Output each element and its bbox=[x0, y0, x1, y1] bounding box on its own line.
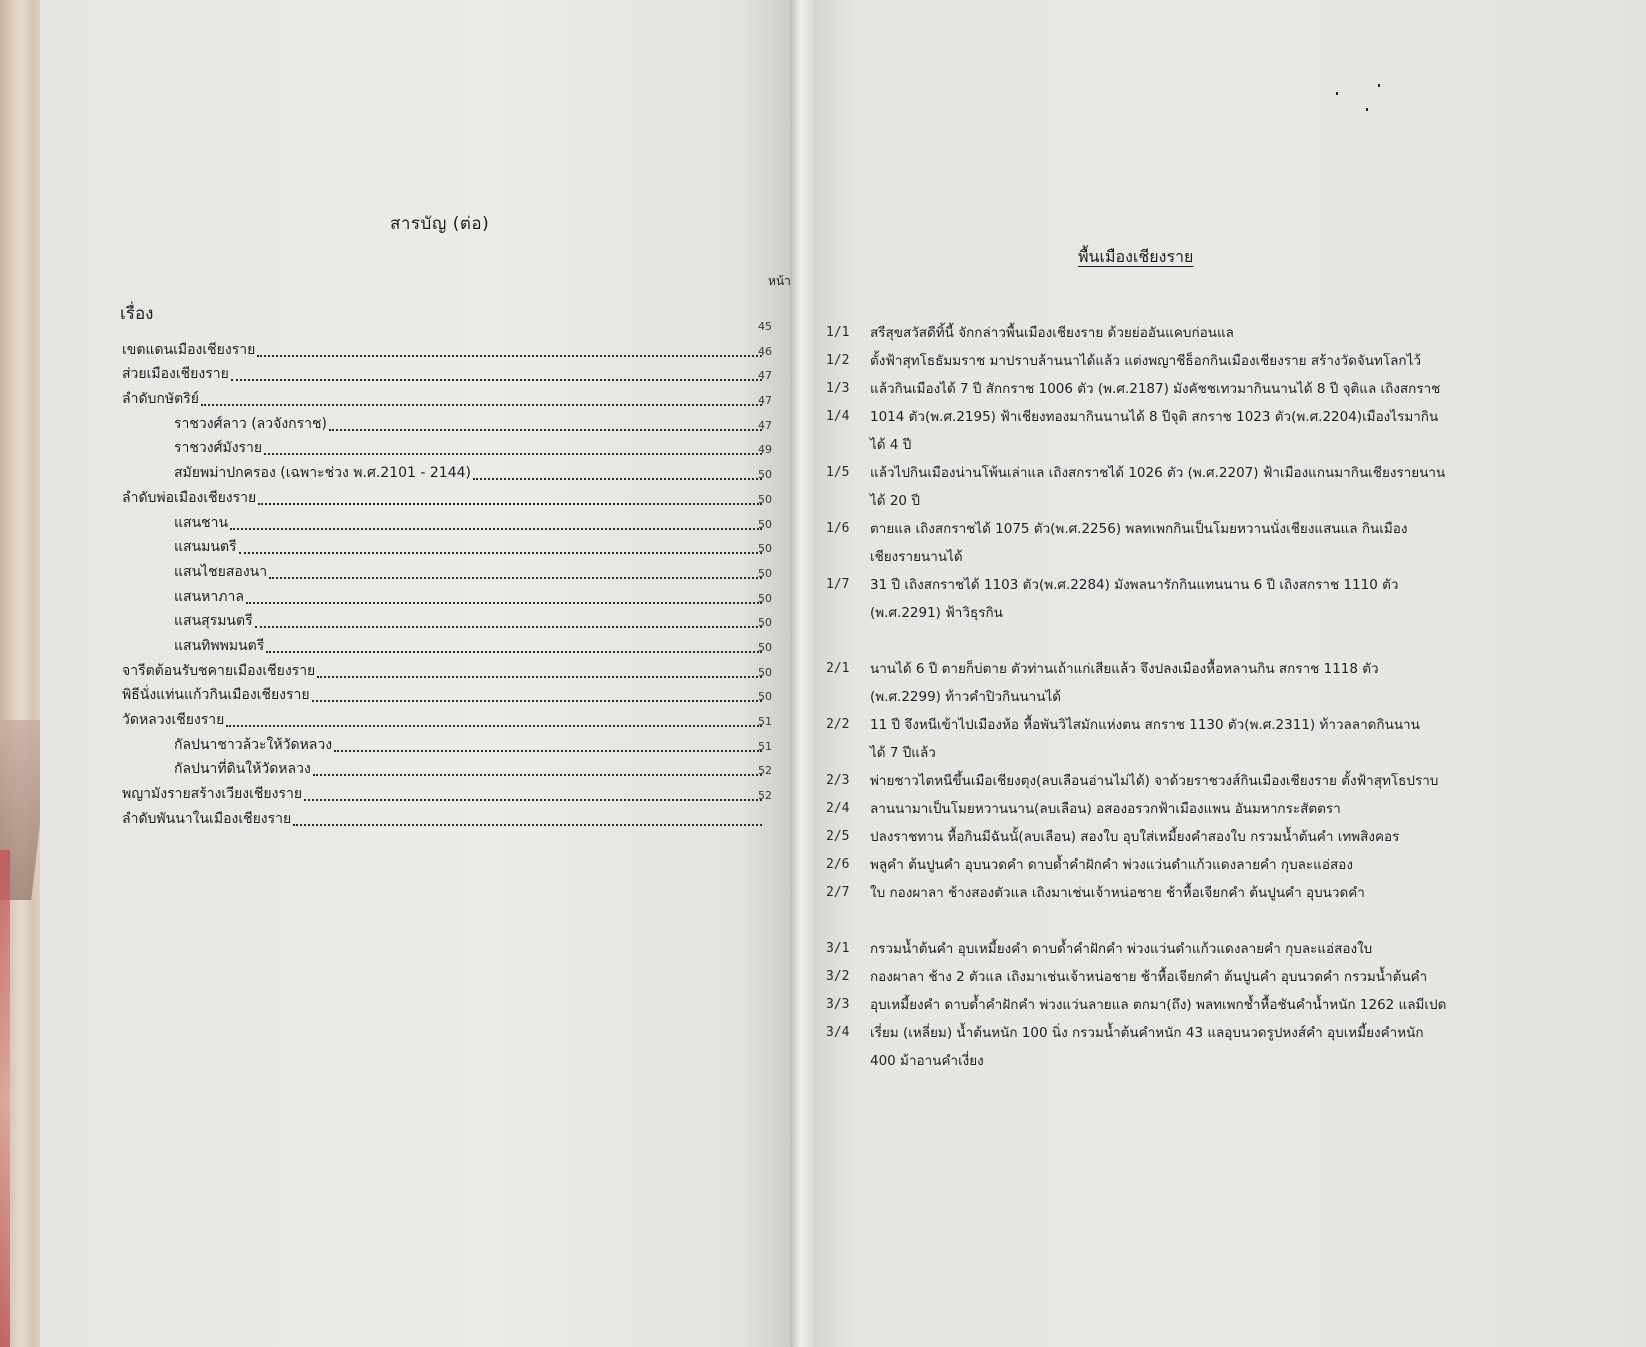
line-text: ใบ กองผาลา ช้างสองตัวแล เถิงมาเช่นเจ้าหน… bbox=[870, 881, 1365, 903]
dot-leader bbox=[201, 404, 762, 406]
line-text: 11 ปี จึงหนีเข้าไปเมืองห้อ หื้อพันวิไสมั… bbox=[870, 713, 1420, 735]
text-line: 1/3แล้วกินเมืองได้ 7 ปี สักกราช 1006 ตัว… bbox=[826, 374, 1536, 402]
text-line-continuation: เชียงรายนานได้ bbox=[826, 542, 1536, 570]
dot-leader bbox=[334, 750, 762, 752]
line-text: ได้ 7 ปีแล้ว bbox=[870, 741, 936, 763]
toc-entry: แสนสุรมนตรี50 bbox=[122, 610, 802, 635]
line-text: ได้ 20 ปี bbox=[870, 489, 920, 511]
text-line-continuation: ได้ 4 ปี bbox=[826, 430, 1536, 458]
toc-title: สารบัญ (ต่อ) bbox=[390, 210, 489, 237]
toc-page-number: 50 bbox=[758, 493, 772, 506]
line-number: 2/7 bbox=[826, 885, 870, 900]
toc-entry: แสนชาน50 bbox=[122, 511, 802, 536]
toc-page-number: 50 bbox=[758, 666, 772, 679]
text-line-continuation: ได้ 20 ปี bbox=[826, 486, 1536, 514]
toc-entry-label: ราชวงศ์ลาว (ลวจังกราช) bbox=[122, 413, 327, 437]
toc-entry-label: สมัยพม่าปกครอง (เฉพาะช่วง พ.ศ.2101 - 214… bbox=[122, 462, 471, 486]
text-line: 1/6ตายแล เถิงสกราชได้ 1075 ตัว(พ.ศ.2256)… bbox=[826, 514, 1536, 542]
section-gap bbox=[826, 906, 1536, 934]
toc-page-number: 50 bbox=[758, 468, 772, 481]
line-number: 2/6 bbox=[826, 857, 870, 872]
text-line: 3/3อุบเหมี้ยงคำ ดาบด้ำคำฝักคำ พ่วงแว่นลา… bbox=[826, 990, 1536, 1018]
toc-page-number: 50 bbox=[758, 518, 772, 531]
dot-leader bbox=[312, 700, 762, 702]
toc-entry-label: พญามังรายสร้างเวียงเชียงราย bbox=[122, 783, 302, 807]
toc-entry-label: แสนสุรมนตรี bbox=[122, 610, 253, 634]
toc-entry: ลำดับพันนาในเมืองเชียงราย52 bbox=[122, 807, 802, 832]
toc-page-number: 50 bbox=[758, 567, 772, 580]
toc-entry-label: ราชวงศ์มังราย bbox=[122, 437, 262, 461]
line-text: (พ.ศ.2291) ฟ้าวิธุรกิน bbox=[870, 601, 1003, 623]
line-number: 1/4 bbox=[826, 409, 870, 424]
dot-leader bbox=[231, 379, 762, 381]
toc-page-number: 50 bbox=[758, 690, 772, 703]
line-number: 1/3 bbox=[826, 381, 870, 396]
toc-entry: กัลปนาชาวล้วะให้วัดหลวง51 bbox=[122, 733, 802, 758]
line-text: นานได้ 6 ปี ตายก็บ่ตาย ตัวท่านเถ้าแก่เสี… bbox=[870, 657, 1379, 679]
toc-entry: แสนไชยสองนา50 bbox=[122, 560, 802, 585]
dot-leader bbox=[473, 478, 762, 480]
toc-entry-label: จารีตต้อนรับชคายเมืองเชียงราย bbox=[122, 660, 315, 684]
toc-page-number: 51 bbox=[758, 740, 772, 753]
toc-page-number: 52 bbox=[758, 789, 772, 802]
toc-entry: วัดหลวงเชียงราย50 bbox=[122, 708, 802, 733]
text-line: 3/1กรวมน้ำต้นคำ อุบเหมี้ยงคำ ดาบด้ำคำฝัก… bbox=[826, 934, 1536, 962]
text-line: 2/3พ่ายชาวไตหนีขึ้นเมือเชียงตุง(ลบเลือนอ… bbox=[826, 766, 1536, 794]
line-text: (พ.ศ.2299) ท้าวคำปิวกินนานได้ bbox=[870, 685, 1061, 707]
text-line: 3/4เรี่ยม (เหลี่ยม) น้ำต้นหนัก 100 นิ่ง … bbox=[826, 1018, 1536, 1046]
text-section: 1/1สรีสุขสวัสดีทิ้นี้ จักกล่าวพื้นเมืองเ… bbox=[826, 318, 1536, 626]
toc-entry-label: เขตแดนเมืองเชียงราย bbox=[122, 339, 255, 363]
toc-entry-label: ลำดับพ่อเมืองเชียงราย bbox=[122, 487, 256, 511]
text-line: 2/6พลูคำ ต้นปูนคำ อุบนวดคำ ดาบด้ำคำฝักคำ… bbox=[826, 850, 1536, 878]
line-text: เชียงรายนานได้ bbox=[870, 545, 963, 567]
toc-page-number: 47 bbox=[758, 394, 772, 407]
toc-entry-label: วัดหลวงเชียงราย bbox=[122, 709, 224, 733]
toc-page-number: 50 bbox=[758, 542, 772, 555]
line-number: 1/2 bbox=[826, 353, 870, 368]
text-line: 2/7ใบ กองผาลา ช้างสองตัวแล เถิงมาเช่นเจ้… bbox=[826, 878, 1536, 906]
line-text: สรีสุขสวัสดีทิ้นี้ จักกล่าวพื้นเมืองเชีย… bbox=[870, 321, 1234, 343]
line-number: 1/5 bbox=[826, 465, 870, 480]
toc-entry: พญามังรายสร้างเวียงเชียงราย52 bbox=[122, 782, 802, 807]
line-text: แล้วกินเมืองได้ 7 ปี สักกราช 1006 ตัว (พ… bbox=[870, 377, 1440, 399]
line-text: 1014 ตัว(พ.ศ.2195) ฟ้าเชียงทองมากินนานได… bbox=[870, 405, 1438, 427]
line-text: กองผาลา ช้าง 2 ตัวแล เถิงมาเช่นเจ้าหน่อช… bbox=[870, 965, 1427, 987]
dot-leader bbox=[266, 651, 762, 653]
line-text: ตั้งฟ้าสุทโธธัมมราช มาปราบล้านนาได้แล้ว … bbox=[870, 349, 1421, 371]
line-text: พลูคำ ต้นปูนคำ อุบนวดคำ ดาบด้ำคำฝักคำ พ่… bbox=[870, 853, 1353, 875]
toc-page-number: 50 bbox=[758, 641, 772, 654]
dot-leader bbox=[226, 725, 762, 727]
text-line-continuation: (พ.ศ.2291) ฟ้าวิธุรกิน bbox=[826, 598, 1536, 626]
toc-page-number: 52 bbox=[758, 764, 772, 777]
speck bbox=[1366, 108, 1368, 111]
line-text: พ่ายชาวไตหนีขึ้นเมือเชียงตุง(ลบเลือนอ่าน… bbox=[870, 769, 1438, 791]
speck bbox=[1378, 84, 1380, 87]
toc-entry-label: พิธีนั่งแท่นแก้วกินเมืองเชียงราย bbox=[122, 684, 310, 708]
line-text: ลานนามาเป็นโมยหวานนาน(ลบเลือน) อสองอรวกฟ… bbox=[870, 797, 1341, 819]
toc-entry-label: แสนชาน bbox=[122, 512, 228, 536]
toc-entry: จารีตต้อนรับชคายเมืองเชียงราย50 bbox=[122, 659, 802, 684]
toc-entry: กัลปนาที่ดินให้วัดหลวง51 bbox=[122, 758, 802, 783]
text-line: 1/5แล้วไปกินเมืองน่านโพ้นเล่าแล เถิงสกรา… bbox=[826, 458, 1536, 486]
toc-entry-label: แสนทิพพมนตรี bbox=[122, 635, 264, 659]
toc-entry: ลำดับกษัตริย์47 bbox=[122, 387, 802, 412]
dot-leader bbox=[246, 602, 762, 604]
line-number: 3/2 bbox=[826, 969, 870, 984]
dot-leader bbox=[313, 774, 762, 776]
line-number: 2/1 bbox=[826, 661, 870, 676]
line-number: 2/4 bbox=[826, 801, 870, 816]
toc-list: เขตแดนเมืองเชียงราย45ส่วยเมืองเชียงราย46… bbox=[122, 338, 802, 832]
text-line: 2/5ปลงราชทาน หื้อกินมีฉันนั้(ลบเลือน) สอ… bbox=[826, 822, 1536, 850]
toc-page-number: 47 bbox=[758, 369, 772, 382]
text-line: 2/1นานได้ 6 ปี ตายก็บ่ตาย ตัวท่านเถ้าแก่… bbox=[826, 654, 1536, 682]
text-line-continuation: (พ.ศ.2299) ท้าวคำปิวกินนานได้ bbox=[826, 682, 1536, 710]
line-text: ตายแล เถิงสกราชได้ 1075 ตัว(พ.ศ.2256) พล… bbox=[870, 517, 1407, 539]
toc-entry: แสนทิพพมนตรี50 bbox=[122, 634, 802, 659]
toc-page-number: 45 bbox=[758, 320, 772, 333]
dot-leader bbox=[264, 453, 762, 455]
toc-entry: แสนมนตรี50 bbox=[122, 536, 802, 561]
line-text: กรวมน้ำต้นคำ อุบเหมี้ยงคำ ดาบด้ำคำฝักคำ … bbox=[870, 937, 1372, 959]
dot-leader bbox=[258, 503, 762, 505]
text-line: 1/731 ปี เถิงสกราชได้ 1103 ตัว(พ.ศ.2284)… bbox=[826, 570, 1536, 598]
dot-leader bbox=[317, 676, 762, 678]
text-line: 3/2กองผาลา ช้าง 2 ตัวแล เถิงมาเช่นเจ้าหน… bbox=[826, 962, 1536, 990]
toc-entry: เขตแดนเมืองเชียงราย45 bbox=[122, 338, 802, 363]
document-title: พื้นเมืองเชียงราย bbox=[1078, 245, 1193, 270]
toc-entry-label: ลำดับพันนาในเมืองเชียงราย bbox=[122, 808, 291, 832]
line-number: 3/4 bbox=[826, 1025, 870, 1040]
line-text: แล้วไปกินเมืองน่านโพ้นเล่าแล เถิงสกราชได… bbox=[870, 461, 1445, 483]
line-number: 2/5 bbox=[826, 829, 870, 844]
toc-page-number: 46 bbox=[758, 345, 772, 358]
toc-topic-heading: เรื่อง bbox=[120, 300, 153, 327]
text-line-continuation: ได้ 7 ปีแล้ว bbox=[826, 738, 1536, 766]
dot-leader bbox=[257, 355, 762, 357]
toc-entry: แสนหาภาล50 bbox=[122, 585, 802, 610]
text-line: 1/41014 ตัว(พ.ศ.2195) ฟ้าเชียงทองมากินนา… bbox=[826, 402, 1536, 430]
text-line: 2/4ลานนามาเป็นโมยหวานนาน(ลบเลือน) อสองอร… bbox=[826, 794, 1536, 822]
toc-page-number: 50 bbox=[758, 616, 772, 629]
text-section: 3/1กรวมน้ำต้นคำ อุบเหมี้ยงคำ ดาบด้ำคำฝัก… bbox=[826, 934, 1536, 1074]
toc-entry-label: กัลปนาชาวล้วะให้วัดหลวง bbox=[122, 734, 332, 758]
line-number: 2/2 bbox=[826, 717, 870, 732]
toc-entry: พิธีนั่งแท่นแก้วกินเมืองเชียงราย50 bbox=[122, 684, 802, 709]
text-line: 1/2ตั้งฟ้าสุทโธธัมมราช มาปราบล้านนาได้แล… bbox=[826, 346, 1536, 374]
toc-entry: ราชวงศ์มังราย47 bbox=[122, 437, 802, 462]
toc-page-number: 47 bbox=[758, 419, 772, 432]
speck bbox=[1336, 92, 1338, 95]
text-section: 2/1นานได้ 6 ปี ตายก็บ่ตาย ตัวท่านเถ้าแก่… bbox=[826, 654, 1536, 906]
dot-leader bbox=[329, 429, 762, 431]
dot-leader bbox=[293, 824, 762, 826]
book-cover-edge bbox=[0, 850, 10, 1347]
body-text: 1/1สรีสุขสวัสดีทิ้นี้ จักกล่าวพื้นเมืองเ… bbox=[826, 318, 1536, 1074]
toc-page-number: 51 bbox=[758, 715, 772, 728]
toc-page-number: 50 bbox=[758, 592, 772, 605]
toc-entry: ลำดับพ่อเมืองเชียงราย50 bbox=[122, 486, 802, 511]
text-line: 2/211 ปี จึงหนีเข้าไปเมืองห้อ หื้อพันวิไ… bbox=[826, 710, 1536, 738]
line-text: อุบเหมี้ยงคำ ดาบด้ำคำฝักคำ พ่วงแว่นลายแล… bbox=[870, 993, 1446, 1015]
toc-entry-label: ลำดับกษัตริย์ bbox=[122, 388, 199, 412]
section-gap bbox=[826, 626, 1536, 654]
text-line-continuation: 400 ม้าอานคำเงี่ยง bbox=[826, 1046, 1536, 1074]
toc-entry-label: กัลปนาที่ดินให้วัดหลวง bbox=[122, 758, 311, 782]
line-number: 1/7 bbox=[826, 577, 870, 592]
dot-leader bbox=[255, 626, 762, 628]
line-text: เรี่ยม (เหลี่ยม) น้ำต้นหนัก 100 นิ่ง กรว… bbox=[870, 1021, 1424, 1043]
line-number: 1/6 bbox=[826, 521, 870, 536]
toc-entry-label: แสนไชยสองนา bbox=[122, 561, 267, 585]
line-text: 31 ปี เถิงสกราชได้ 1103 ตัว(พ.ศ.2284) มั… bbox=[870, 573, 1398, 595]
toc-entry-label: แสนมนตรี bbox=[122, 536, 237, 560]
toc-entry-label: ส่วยเมืองเชียงราย bbox=[122, 363, 229, 387]
line-text: 400 ม้าอานคำเงี่ยง bbox=[870, 1049, 984, 1071]
line-text: ได้ 4 ปี bbox=[870, 433, 911, 455]
line-number: 2/3 bbox=[826, 773, 870, 788]
dot-leader bbox=[230, 528, 762, 530]
line-number: 3/3 bbox=[826, 997, 870, 1012]
toc-entry: ส่วยเมืองเชียงราย46 bbox=[122, 363, 802, 388]
dot-leader bbox=[304, 799, 762, 801]
line-text: ปลงราชทาน หื้อกินมีฉันนั้(ลบเลือน) สองใบ… bbox=[870, 825, 1399, 847]
toc-entry: ราชวงศ์ลาว (ลวจังกราช)47 bbox=[122, 412, 802, 437]
toc-entry: สมัยพม่าปกครอง (เฉพาะช่วง พ.ศ.2101 - 214… bbox=[122, 461, 802, 486]
dot-leader bbox=[239, 552, 762, 554]
toc-page-heading: หน้า bbox=[768, 272, 791, 291]
toc-page-number: 49 bbox=[758, 443, 772, 456]
dot-leader bbox=[269, 577, 762, 579]
line-number: 3/1 bbox=[826, 941, 870, 956]
text-line: 1/1สรีสุขสวัสดีทิ้นี้ จักกล่าวพื้นเมืองเ… bbox=[826, 318, 1536, 346]
line-number: 1/1 bbox=[826, 325, 870, 340]
toc-entry-label: แสนหาภาล bbox=[122, 586, 244, 610]
